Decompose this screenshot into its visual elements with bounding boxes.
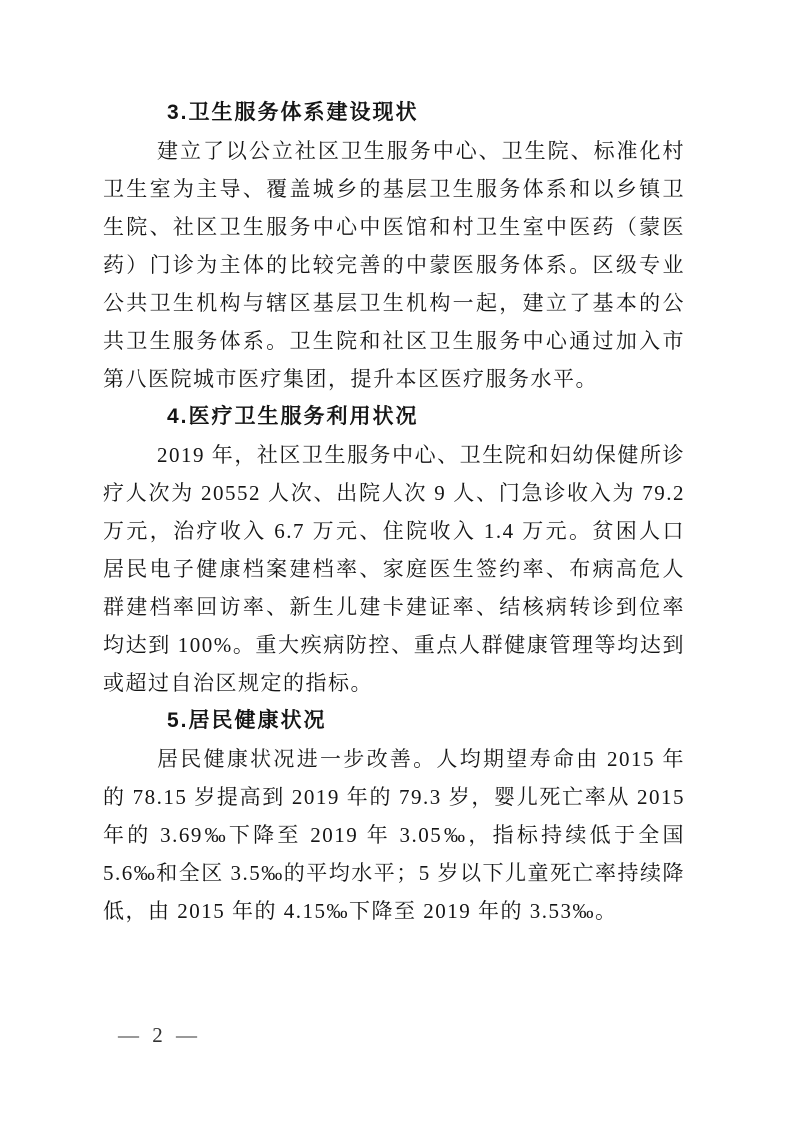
section-5-paragraph: 居民健康状况进一步改善。人均期望寿命由 2015 年的 78.15 岁提高到 2…: [103, 740, 685, 930]
section-heading-3: 3.卫生服务体系建设现状: [103, 94, 685, 132]
section-heading-4: 4.医疗卫生服务利用状况: [103, 398, 685, 436]
section-heading-5: 5.居民健康状况: [103, 702, 685, 740]
page-number-footer: — 2 —: [118, 1016, 201, 1054]
document-page: 3.卫生服务体系建设现状 建立了以公立社区卫生服务中心、卫生院、标准化村卫生室为…: [0, 0, 793, 1122]
section-4-paragraph: 2019 年，社区卫生服务中心、卫生院和妇幼保健所诊疗人次为 20552 人次、…: [103, 436, 685, 702]
section-3-paragraph: 建立了以公立社区卫生服务中心、卫生院、标准化村卫生室为主导、覆盖城乡的基层卫生服…: [103, 132, 685, 398]
document-body: 3.卫生服务体系建设现状 建立了以公立社区卫生服务中心、卫生院、标准化村卫生室为…: [103, 94, 685, 930]
